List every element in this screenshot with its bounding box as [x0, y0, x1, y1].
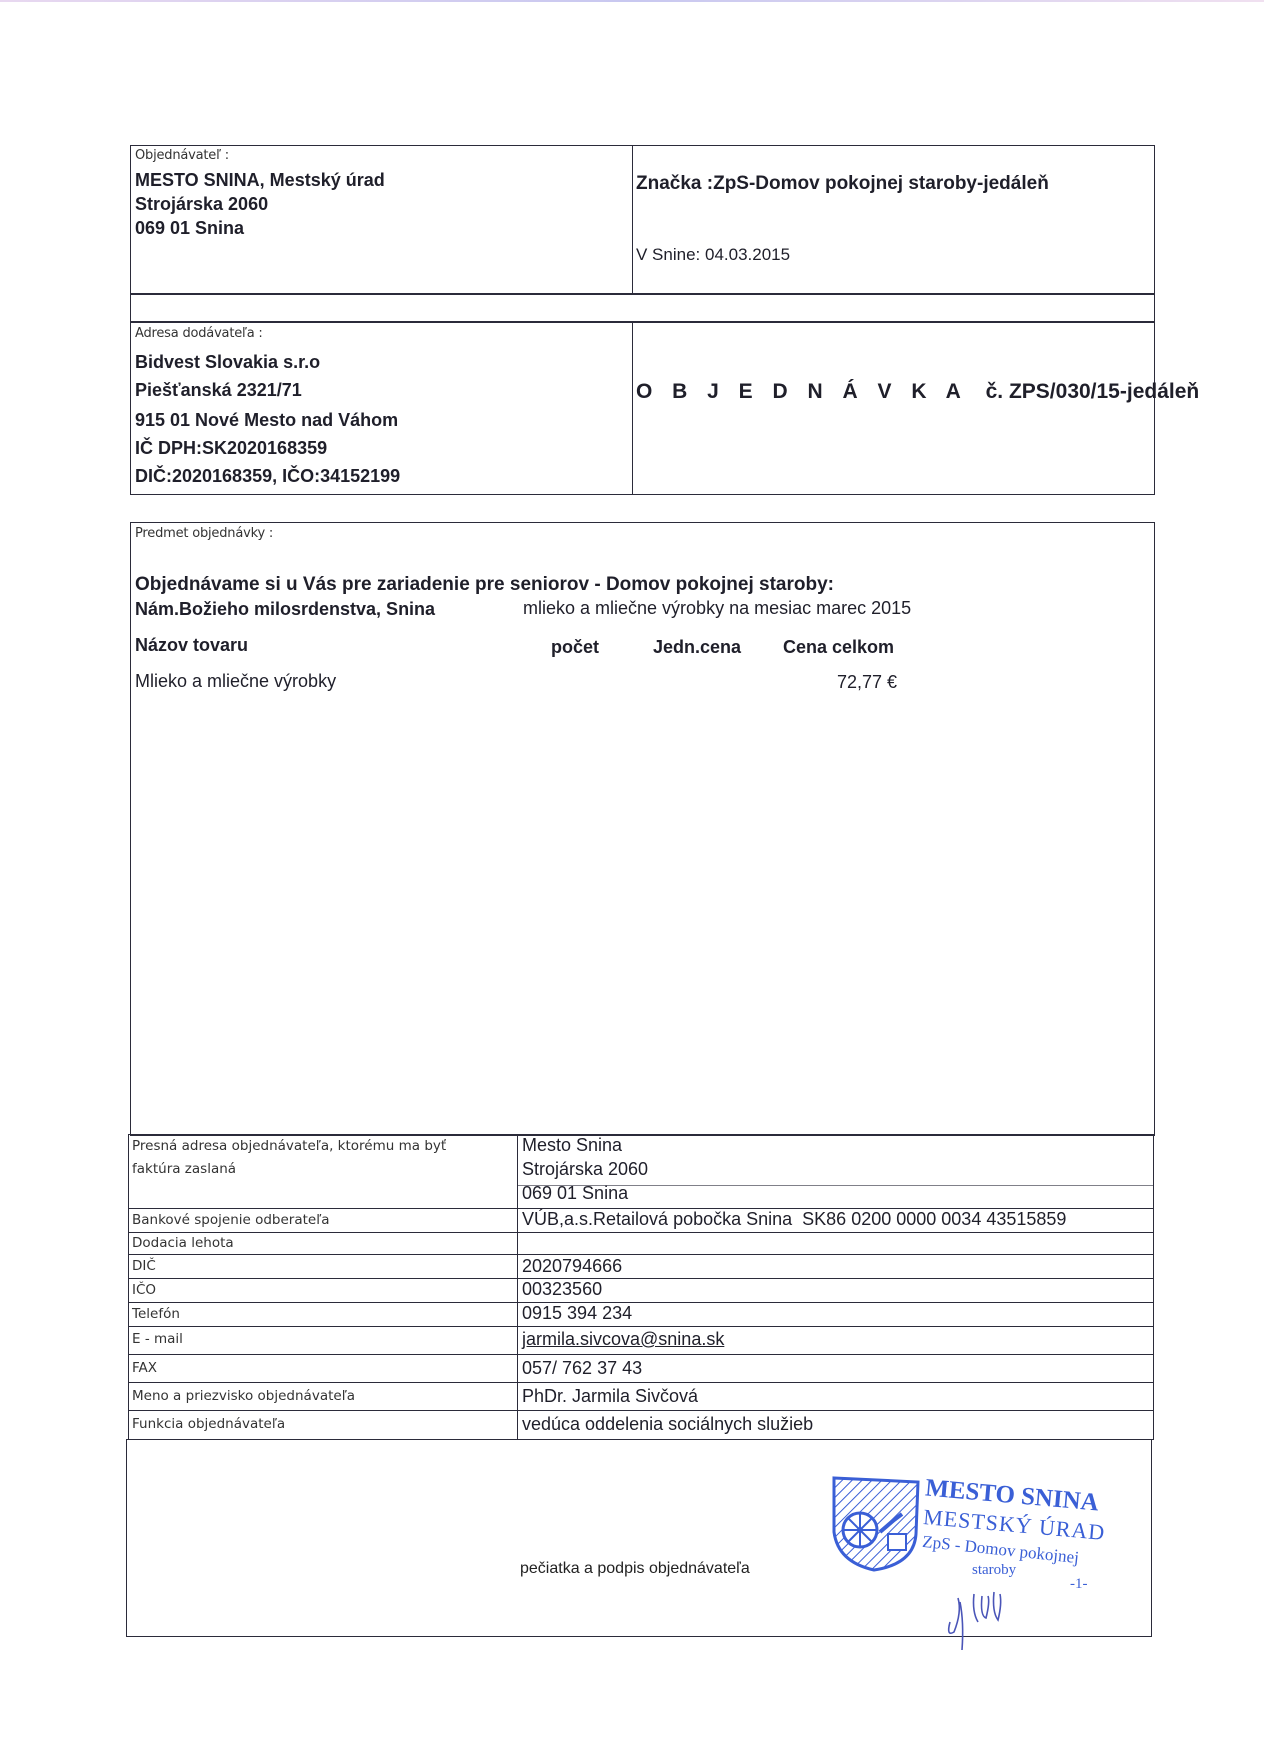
supplier-label: Adresa dodávateľa :	[135, 326, 263, 341]
official-stamp: MESTO SNINA MESTSKÝ ÚRAD ZpS - Domov pok…	[830, 1472, 1120, 1652]
coat-of-arms-icon	[830, 1472, 922, 1572]
stamp-line4: staroby	[972, 1562, 1016, 1579]
supplier-tax-ids: DIČ:2020168359, IČO:34152199	[135, 464, 400, 488]
invoice-address-line1: Mesto Snina	[522, 1135, 622, 1156]
details-row-invoice-address: Presná adresa objednávateľa, ktorému ma …	[128, 1134, 1154, 1208]
email-label: E - mail	[132, 1331, 183, 1347]
orderer-street: Strojárska 2060	[135, 192, 268, 216]
supplier-divider	[632, 321, 633, 494]
stamp-number: -1-	[1070, 1576, 1088, 1593]
dic-value: 2020794666	[522, 1256, 622, 1277]
bank-label: Bankové spojenie odberateľa	[132, 1212, 330, 1228]
phone-value: 0915 394 234	[522, 1303, 632, 1324]
supplier-street: Piešťanská 2321/71	[135, 378, 302, 402]
phone-label: Telefón	[132, 1306, 180, 1322]
col-header-total: Cena celkom	[783, 635, 894, 659]
delivery-label: Dodacia lehota	[132, 1235, 234, 1251]
contact-name-label: Meno a priezvisko objednávateľa	[132, 1388, 355, 1404]
ico-label: IČO	[132, 1282, 156, 1298]
fax-value: 057/ 762 37 43	[522, 1358, 642, 1379]
order-number: č. ZPS/030/15-jedáleň	[986, 380, 1200, 403]
dic-label: DIČ	[132, 1258, 156, 1274]
orderer-name: MESTO SNINA, Mestský úrad	[135, 168, 385, 192]
supplier-name: Bidvest Slovakia s.r.o	[135, 350, 320, 374]
function-label: Funkcia objednávateľa	[132, 1416, 285, 1432]
col-header-unit-price: Jedn.cena	[653, 635, 741, 659]
invoice-address-label2: faktúra zaslaná	[132, 1161, 236, 1177]
orderer-city: 069 01 Snina	[135, 216, 244, 240]
top-divider	[632, 145, 633, 294]
supplier-vat-id: IČ DPH:SK2020168359	[135, 436, 327, 460]
item-total: 72,77 €	[837, 672, 897, 693]
details-row-dic: DIČ 2020794666	[128, 1254, 1154, 1278]
supplier-city: 915 01 Nové Mesto nad Váhom	[135, 408, 398, 432]
orderer-label: Objednávateľ :	[135, 148, 229, 163]
item-name: Mlieko a mliečne výrobky	[135, 671, 336, 692]
spacer-row	[130, 293, 1155, 323]
contact-name-value: PhDr. Jarmila Sivčová	[522, 1386, 698, 1407]
ico-value: 00323560	[522, 1279, 602, 1300]
order-title: O B J E D N Á V K A č. ZPS/030/15-jedále…	[636, 380, 1199, 404]
details-row-ico: IČO 00323560	[128, 1278, 1154, 1302]
col-header-name: Názov tovaru	[135, 633, 248, 657]
fax-label: FAX	[132, 1360, 157, 1376]
subject-line1: Objednávame si u Vás pre zariadenie pre …	[135, 573, 834, 597]
function-value: vedúca oddelenia sociálnych služieb	[522, 1414, 813, 1435]
invoice-address-line3: 069 01 Snina	[522, 1183, 628, 1204]
details-row-bank: Bankové spojenie odberateľa VÚB,a.s.Reta…	[128, 1208, 1154, 1232]
reference-mark: Značka :ZpS-Domov pokojnej staroby-jedál…	[636, 172, 1049, 196]
order-date: V Snine: 04.03.2015	[636, 245, 790, 265]
row-separator	[517, 1185, 1154, 1186]
details-row-email: E - mail jarmila.sivcova@snina.sk	[128, 1326, 1154, 1354]
details-row-contact-name: Meno a priezvisko objednávateľa PhDr. Ja…	[128, 1382, 1154, 1410]
details-row-fax: FAX 057/ 762 37 43	[128, 1354, 1154, 1382]
bank-value: VÚB,a.s.Retailová pobočka Snina SK86 020…	[522, 1209, 1066, 1230]
details-row-phone: Telefón 0915 394 234	[128, 1302, 1154, 1326]
col-header-count: počet	[551, 635, 599, 659]
handwritten-signature-icon	[940, 1582, 1030, 1652]
signature-label: pečiatka a podpis objednávateľa	[520, 1560, 750, 1578]
invoice-address-label: Presná adresa objednávateľa, ktorému ma …	[132, 1138, 446, 1154]
subject-line2-right: mlieko a mliečne výrobky na mesiac marec…	[523, 598, 911, 619]
email-link[interactable]: jarmila.sivcova@snina.sk	[522, 1329, 724, 1350]
subject-line2-left: Nám.Božieho milosrdenstva, Snina	[135, 597, 435, 621]
details-row-function: Funkcia objednávateľa vedúca oddelenia s…	[128, 1410, 1154, 1440]
details-row-delivery: Dodacia lehota	[128, 1232, 1154, 1254]
invoice-address-line2: Strojárska 2060	[522, 1159, 648, 1180]
scan-edge	[0, 0, 1264, 2]
subject-label: Predmet objednávky :	[135, 526, 273, 541]
order-title-word: O B J E D N Á V K A	[636, 380, 968, 403]
